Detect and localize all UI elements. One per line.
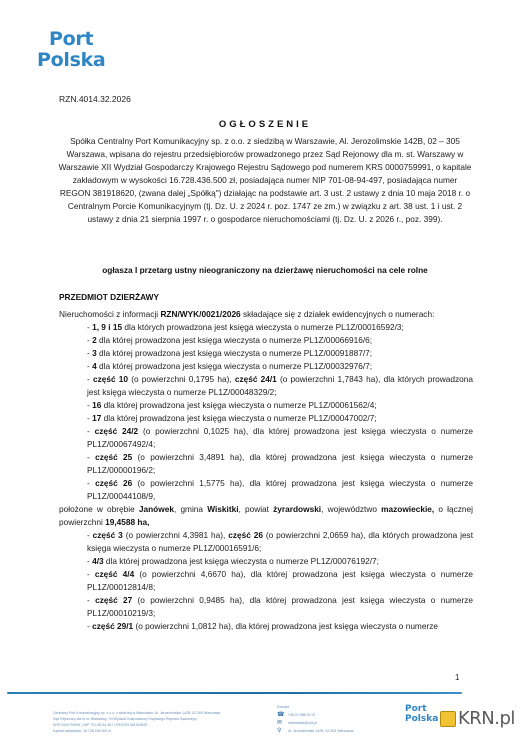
parcel-item: - część 3 (o powierzchni 4,3981 ha), czę… [59, 529, 473, 555]
contact-email: ✉sekretariat@cpk.pl [277, 719, 353, 727]
parcel-text: - [87, 478, 95, 488]
parcel-text: dla których prowadzona jest księga wiecz… [122, 322, 404, 332]
parcel-item: - 4 dla której prowadzona jest księga wi… [59, 360, 473, 373]
parcel-list-1: - 1, 9 i 15 dla których prowadzona jest … [59, 321, 473, 503]
address-text: Al. Jerozolimskie 142B, 02-305 Warszawa [288, 727, 353, 735]
footer-divider [7, 692, 462, 694]
email-text: sekretariat@cpk.pl [288, 719, 317, 727]
parcel-item: - część 27 (o powierzchni 0,9485 ha), dl… [59, 594, 473, 620]
parcel-item: - część 26 (o powierzchni 1,5775 ha), dl… [59, 477, 473, 503]
watermark-text: KRN.pl [458, 708, 515, 729]
lead-paragraph: Nieruchomości z informacji RZN/WYK/0021/… [59, 308, 473, 321]
parcel-item: - część 10 (o powierzchni 0,1795 ha), cz… [59, 373, 473, 399]
contact-address: ⚲Al. Jerozolimskie 142B, 02-305 Warszawa [277, 727, 353, 735]
parcel-item: - 16 dla której prowadzona jest księga w… [59, 399, 473, 412]
parcel-number: 4/3 [92, 556, 104, 566]
parcel-text: dla której prowadzona jest księga wieczy… [97, 348, 372, 358]
parcel-text: dla której prowadzona jest księga wieczy… [101, 413, 376, 423]
mail-icon: ✉ [277, 719, 283, 727]
parcel-text: dla której prowadzona jest księga wieczy… [104, 556, 379, 566]
announcement-line: ogłasza I przetarg ustny nieograniczony … [0, 265, 530, 275]
parcel-item: - część 29/1 (o powierzchni 1,0812 ha), … [59, 620, 473, 633]
footer-logo-line-2: Polska [405, 714, 438, 724]
parcel-text: (o powierzchni 1,0812 ha), dla której pr… [133, 621, 438, 631]
info-number: RZN/WYK/0021/2026 [160, 309, 240, 319]
parcel-item: - 17 dla której prowadzona jest księga w… [59, 412, 473, 425]
county-name: żyrardowski [273, 504, 321, 514]
parcel-item: - 4/3 dla której prowadzona jest księga … [59, 555, 473, 568]
phone-text: +48 22 888 00 00 [288, 711, 315, 719]
contact-heading: Kontakt [277, 703, 353, 711]
lead-text-end: składające się z działek ewidencyjnych o… [241, 309, 435, 319]
parcel-number: 17 [92, 413, 101, 423]
total-area: 19,4588 ha, [105, 517, 149, 527]
section-heading: PRZEDMIOT DZIERŻAWY [59, 292, 159, 302]
parcel-text: (o powierzchni 4,3981 ha), [123, 530, 228, 540]
parcel-item: - 3 dla której prowadzona jest księga wi… [59, 347, 473, 360]
parcel-text: (o powierzchni 0,1025 ha), dla której pr… [87, 426, 473, 449]
loc-text: , województwo [321, 504, 381, 514]
document-body: Nieruchomości z informacji RZN/WYK/0021/… [59, 308, 473, 633]
parcel-text: - [87, 452, 95, 462]
document-title: OGŁOSZENIE [0, 119, 530, 130]
reference-number: RZN.4014.32.2026 [59, 94, 131, 104]
logo-line-2: Polska [37, 50, 105, 71]
parcel-number: część 27 [95, 595, 132, 605]
parcel-text: dla której prowadzona jest księga wieczy… [97, 335, 372, 345]
parcel-number: część 25 [95, 452, 132, 462]
footer-line: Kapitał zakładowy: 16.728.436.500 zł [53, 728, 220, 734]
parcel-item: - część 24/2 (o powierzchni 0,1025 ha), … [59, 425, 473, 451]
parcel-text: dla której prowadzona jest księga wieczy… [101, 400, 376, 410]
parcel-number: część 24/2 [95, 426, 139, 436]
parcel-item: - część 4/4 (o powierzchni 4,6670 ha), d… [59, 568, 473, 594]
port-polska-logo: Port Polska [37, 29, 105, 71]
footer-company-info: Centralny Port Komunikacyjny sp. z o.o. … [53, 710, 220, 734]
footer-logo: Port Polska [405, 704, 438, 724]
page-number: 1 [455, 673, 459, 682]
parcel-text: (o powierzchni 0,9485 ha), dla której pr… [87, 595, 473, 618]
parcel-number: część 29/1 [92, 621, 133, 631]
parcel-text: - [87, 595, 95, 605]
parcel-item: - 2 dla której prowadzona jest księga wi… [59, 334, 473, 347]
parcel-text: - [87, 426, 95, 436]
lead-text: Nieruchomości z informacji [59, 309, 160, 319]
parcel-number: część 10 [93, 374, 128, 384]
parcel-number: 16 [92, 400, 101, 410]
parcel-list-2: - część 3 (o powierzchni 4,3981 ha), czę… [59, 529, 473, 633]
location-pin-icon: ⚲ [277, 727, 283, 735]
parcel-text: - [87, 569, 95, 579]
parcel-text: (o powierzchni 4,6670 ha), dla której pr… [87, 569, 473, 592]
parcel-number: część 26 [95, 478, 132, 488]
parcel-text: (o powierzchni 3,4891 ha), dla której pr… [87, 452, 473, 475]
parcel-item: - 1, 9 i 15 dla których prowadzona jest … [59, 321, 473, 334]
krn-watermark: KRN.pl [440, 708, 515, 729]
parcel-text: (o powierzchni 0,1795 ha), [128, 374, 235, 384]
parcel-item: - część 25 (o powierzchni 3,4891 ha), dl… [59, 451, 473, 477]
voivodeship-name: mazowieckie, [381, 504, 434, 514]
parcel-text: dla której prowadzona jest księga wieczy… [97, 361, 372, 371]
intro-paragraph: Spółka Centralny Port Komunikacyjny sp. … [58, 135, 472, 226]
precinct-name: Janówek [139, 504, 174, 514]
phone-icon: ☎ [277, 711, 283, 719]
parcel-number: część 3 [93, 530, 123, 540]
footer-logo-line-1: Port [405, 704, 438, 714]
parcel-number: część 4/4 [95, 569, 134, 579]
parcel-number: 1, 9 i 15 [92, 322, 122, 332]
loc-text: położone w obrębie [59, 504, 139, 514]
parcel-text: (o powierzchni 1,5775 ha), dla której pr… [87, 478, 473, 501]
commune-name: Wiskitki [207, 504, 238, 514]
contact-phone: ☎+48 22 888 00 00 [277, 711, 353, 719]
loc-text: , gmina [174, 504, 207, 514]
parcel-number: część 24/1 [235, 374, 277, 384]
loc-text: , powiat [239, 504, 274, 514]
parcel-number: część 26 [228, 530, 263, 540]
location-paragraph: położone w obrębie Janówek, gmina Wiskit… [59, 503, 473, 529]
house-icon [440, 711, 456, 727]
logo-line-1: Port [37, 29, 105, 50]
footer-contact: Kontakt ☎+48 22 888 00 00 ✉sekretariat@c… [277, 703, 353, 735]
